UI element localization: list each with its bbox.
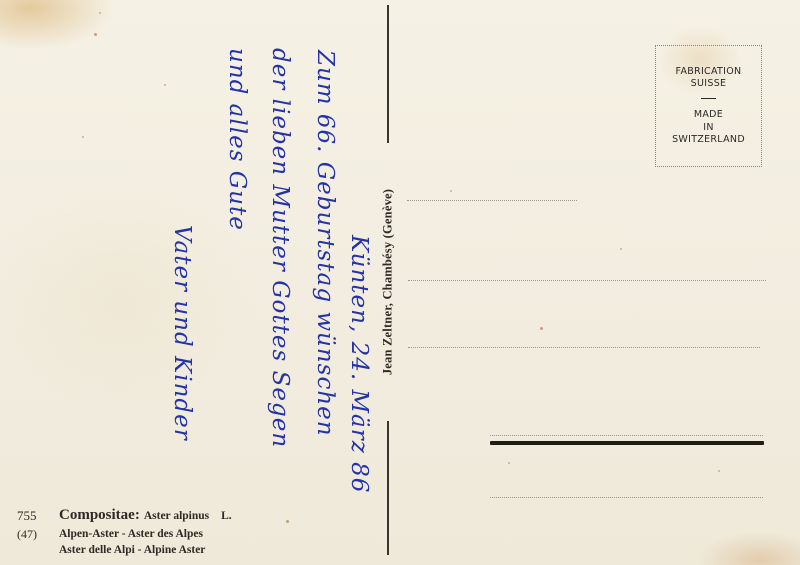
- stamp-box: FABRICATION SUISSE MADE IN SWITZERLAND: [655, 45, 762, 167]
- address-line-2: [408, 280, 766, 281]
- paper-stain: [540, 327, 543, 330]
- stamp-line: SUISSE: [656, 78, 761, 90]
- paper-speck: [99, 12, 101, 14]
- center-divider-bottom: [387, 421, 389, 555]
- handwriting-line-date: Künten, 24. März 86: [346, 235, 372, 493]
- address-line-3: [408, 347, 760, 348]
- species-name: Aster alpinus: [144, 510, 209, 522]
- handwriting-signature: Vater und Kinder: [169, 225, 195, 441]
- stamp-separator: [701, 98, 716, 99]
- handwriting-line-2: Zum 66. Geburtstag wünschen: [312, 50, 338, 437]
- stamp-line: FABRICATION: [656, 66, 761, 78]
- stamp-text-fabrication: FABRICATION SUISSE: [656, 66, 761, 90]
- paper-speck: [164, 84, 166, 86]
- postcard-back: Jean Zeltner, Chambésy (Genève) FABRICAT…: [0, 0, 800, 565]
- stamp-line: SWITZERLAND: [656, 134, 761, 147]
- center-divider-top: [387, 5, 389, 143]
- paper-stain: [94, 33, 97, 36]
- common-names-1: Alpen-Aster - Aster des Alpes: [59, 528, 203, 540]
- paper-speck: [620, 248, 622, 250]
- paper-speck: [82, 136, 84, 138]
- paper-stain: [286, 520, 289, 523]
- species-author: L.: [221, 510, 232, 522]
- stamp-text-made-in: MADE IN SWITZERLAND: [656, 109, 761, 147]
- handwriting-line-3: der lieben Mutter Gottes Segen: [267, 48, 293, 448]
- publisher-imprint: Jean Zeltner, Chambésy (Genève): [381, 189, 396, 375]
- address-line-1: [407, 200, 577, 201]
- caption-title: Compositae: Aster alpinus L.: [59, 506, 232, 524]
- series-number: (47): [17, 527, 37, 542]
- paper-speck: [450, 190, 452, 192]
- stamp-line: IN: [656, 122, 761, 135]
- common-names-2: Aster delle Alpi - Alpine Aster: [59, 544, 205, 556]
- card-number: 755: [17, 508, 37, 524]
- stamp-line: MADE: [656, 109, 761, 122]
- address-line-5: [490, 497, 763, 498]
- paper-speck: [718, 470, 720, 472]
- family-name: Compositae:: [59, 507, 140, 523]
- paper-speck: [508, 462, 510, 464]
- handwriting-line-4: und alles Gute: [224, 48, 250, 231]
- address-underline: [490, 441, 764, 445]
- address-line-4: [490, 435, 763, 436]
